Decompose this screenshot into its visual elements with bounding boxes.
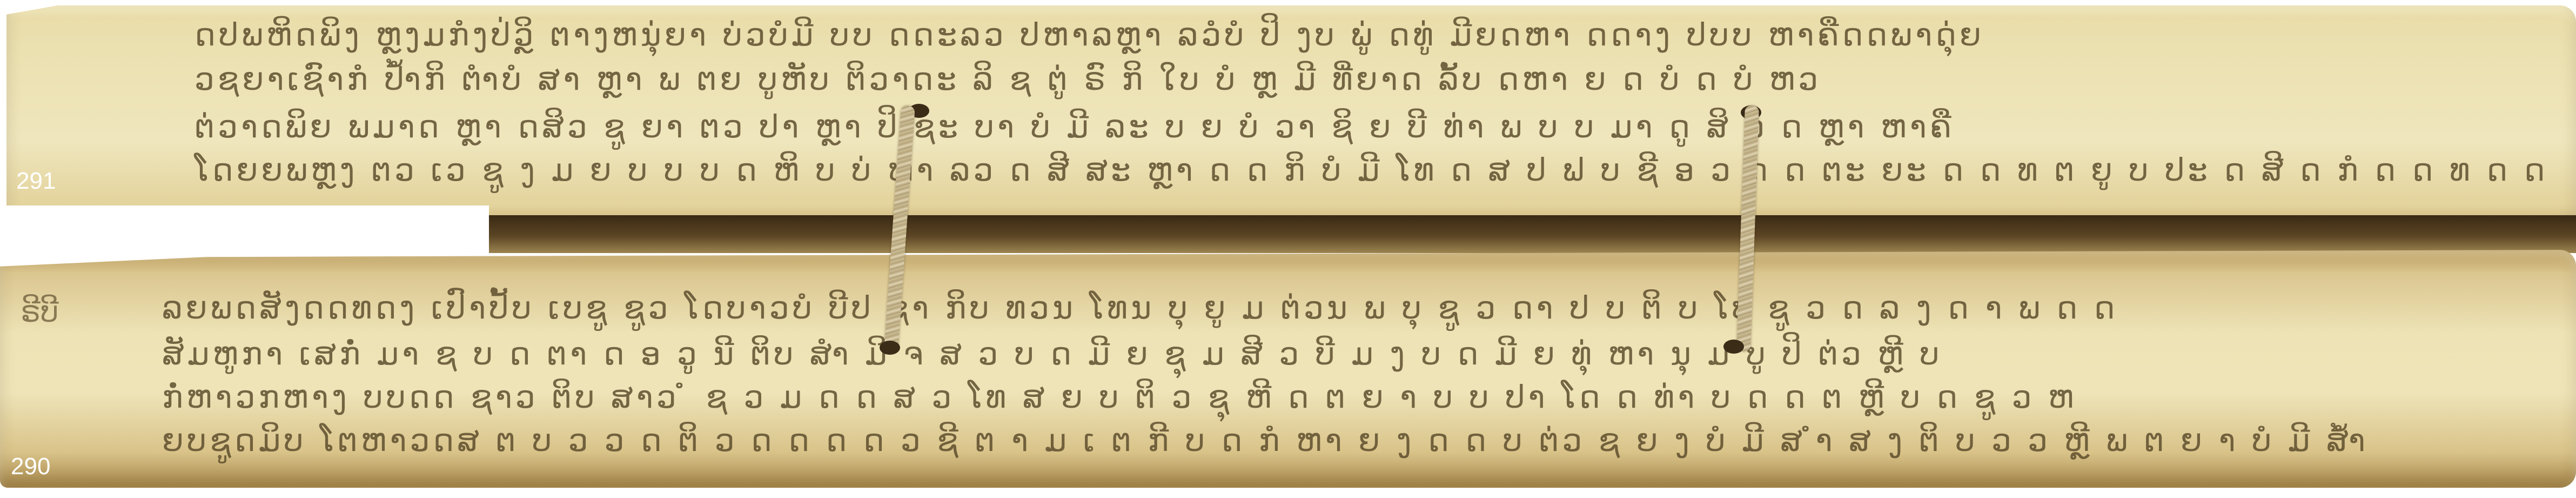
leaf-290-line-3: ກໍ່ຫາວກຫາງ ບບດດ ຊາວ ຕິບ ສາວ ໍ ຊ ວ ມ ດ ດ … [162,379,2077,415]
background-gap [0,205,489,265]
leaf-290-line-2: ສັມຫູກາ ເສກໍ່ ມາ ຊ ບ ດ ຕາ ດ ອ ວູ ນີ ຕິບ … [162,335,1942,372]
leaf-291-line-2: ວຊຍາເຊົາກໍ ປ້ຳກິ ຕຳບໍ ສາ ຫຼາ ພ ຕຍ ບູຫັບ … [194,61,1821,97]
leaf-291-line-4: ໂດຍຍພຫຼງ ຕວ ເວ ຊູ ງ ມ ຍ ບ ບ ບ ດ ຫິ ບ ບ່ … [194,151,2548,188]
leaf-number-290: 290 [11,453,50,480]
leaf-290-line-1: ລຍພດສັງດດທດງ ເປົາປັ້ບ ເບຊູ ຊູວ ໂດບາວບໍ ບ… [162,289,2118,326]
leaf-number-291: 291 [16,168,56,195]
leaf-290-margin-mark: ຣີບີ [21,295,59,329]
leaf-291-line-1: ດປພຫິດພິງ ຫຼງມກໍງປ່ວຼິ ຕາງຫນຸ່ຍາ ບ່ວບໍມີ… [194,16,1984,53]
binding-hole-bottom-right [1723,340,1744,354]
binding-hole-bottom-left [880,341,900,355]
leaf-gap-shadow [489,215,2576,253]
leaf-290-line-4: ຍບຊູດມິບ ໂຕຫາວດສ ຕ ບ ວ ວ ດ ຕິ ວ ດ ດ ດ ດ … [162,422,2369,459]
leaf-291-line-3: ຕ່ວາດພິຍ ພມາດ ຫຼາ ດສິວ ຊູ ຍາ ຕວ ປາ ຫຼາ ປ… [194,108,1955,145]
